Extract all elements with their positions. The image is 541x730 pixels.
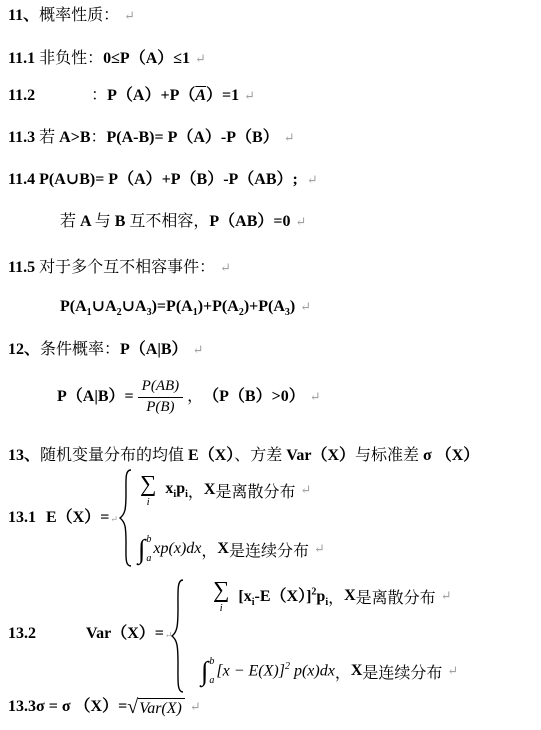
colon: ：	[91, 87, 107, 104]
formula: ∪A	[122, 298, 147, 315]
formula: σ = σ （X）=	[36, 697, 127, 717]
chinese-text: 对于多个互不相容事件：	[39, 259, 215, 276]
chinese-text: 是连续分布	[229, 538, 309, 561]
chinese-text: 与	[95, 213, 111, 230]
formula: )+P(A	[244, 298, 285, 315]
chinese-text: 随机变量分布的均值	[40, 447, 184, 464]
paragraph-mark: ↵	[441, 588, 452, 604]
colon: ：	[90, 129, 106, 146]
item-11-3: 11.3 若 A>B：P(A-B)= P（A）-P（B）↵	[8, 128, 295, 148]
item-11-4-note: 若 A 与 B 互不相容，P（AB）=0↵	[60, 212, 306, 232]
paragraph-mark: ↵	[124, 8, 135, 23]
formula: P(A∪B)= P（A）+P（B）-P（AB）;	[39, 171, 302, 188]
chinese-text: 是离散分布	[215, 479, 295, 502]
paragraph-mark: ↵	[314, 541, 325, 557]
formula: xipi	[165, 480, 187, 500]
formula: P(A-B)= P（A）-P（B）	[107, 129, 279, 146]
item-number: 11.1	[8, 50, 39, 67]
left-brace	[170, 578, 186, 694]
equation-13-2: 13.2Var（X）=↵ ∑i [xi-E（X）]2pi ， X 是离散分布 ↵…	[8, 576, 538, 698]
continuous-case: ∫ba xp(x)dx ， X 是连续分布 ↵	[138, 534, 325, 564]
formula: [x − E(X)]2 p(x)dx	[216, 661, 334, 680]
discrete-case: ∑i xipi ， X 是离散分布 ↵	[140, 472, 311, 508]
paragraph-mark: ↵	[310, 387, 321, 407]
item-number: 13.2	[8, 625, 36, 642]
paragraph-mark: ↵	[220, 260, 231, 275]
integral-limits: ba	[146, 534, 151, 564]
lower-limit: a	[209, 675, 214, 686]
item-number: 11.3	[8, 129, 39, 146]
paragraph-mark: ↵	[190, 697, 201, 717]
chinese-text: 是连续分布	[362, 660, 442, 683]
fraction: P(AB)P(B)	[138, 378, 183, 416]
formula: P（A|B）=	[57, 387, 134, 407]
formula: ∪A	[92, 298, 117, 315]
equation-lhs: 13.2Var（X）=↵	[8, 624, 172, 645]
item-11-1: 11.1 非负性：0≤P（A）≤1↵	[8, 49, 206, 69]
item-number: 11.4	[8, 171, 39, 188]
chinese-text: 是离散分布	[356, 585, 436, 608]
comma: ，	[201, 538, 217, 561]
formula: X	[351, 662, 363, 680]
integral-symbol: ∫ba	[201, 656, 214, 686]
discrete-case: ∑i [xi-E（X）]2pi ， X 是离散分布 ↵	[213, 578, 452, 614]
chinese-text: 互不相容，	[129, 213, 209, 230]
upper-limit: b	[146, 534, 151, 545]
formula: )=P(A	[152, 298, 193, 315]
formula: A>B	[55, 129, 90, 146]
formula: B	[111, 213, 130, 230]
denominator: P(B)	[138, 398, 183, 416]
paragraph-mark: ↵	[296, 214, 307, 229]
left-brace	[118, 468, 134, 568]
anchor-mark: ↵	[110, 514, 118, 524]
conditional-probability-formula: P（A|B）= P(AB)P(B) ， （P（B）>0） ↵	[57, 374, 321, 420]
item-13-3: 13.3 σ = σ （X）= √Var(X) ↵	[8, 697, 201, 718]
comma: ，	[335, 660, 351, 683]
equation-lhs: 13.1E（X）=↵	[8, 508, 118, 529]
formula: [xi-E（X）]2pi	[238, 583, 328, 608]
item-number: 12、	[8, 341, 40, 358]
item-number: 13.1	[8, 509, 36, 526]
formula: A	[76, 213, 95, 230]
formula: E（X）	[184, 447, 234, 464]
sum-symbol: ∑i	[140, 472, 156, 508]
chinese-text: 条件概率：	[40, 341, 120, 358]
sum-index: i	[220, 603, 223, 614]
formula: 0≤P（A）≤1	[103, 50, 190, 67]
paragraph-mark: ↵	[307, 172, 318, 187]
paragraph-mark: ↵	[300, 482, 311, 498]
heading-13: 13、随机变量分布的均值 E（X）、方差 Var（X）与标准差 σ （X）	[8, 446, 479, 466]
item-number: 13.3	[8, 697, 36, 717]
item-number: 13、	[8, 447, 40, 464]
formula: Var（X）=	[86, 625, 164, 642]
radical-sign: √	[127, 697, 138, 717]
integral-glyph: ∫	[138, 536, 145, 563]
heading-12: 12、条件概率：P（A|B）↵	[8, 340, 203, 360]
chinese-text: 与标准差	[355, 447, 419, 464]
chinese-text: 若	[39, 129, 55, 146]
item-11-5-formula: P(A1∪A2∪A3)=P(A1)+P(A2)+P(A3)↵	[60, 297, 311, 323]
paragraph-mark: ↵	[447, 663, 458, 679]
square-root: √Var(X)	[127, 697, 185, 718]
paragraph-mark: ↵	[244, 88, 255, 103]
item-11-4: 11.4 P(A∪B)= P（A）+P（B）-P（AB）; ↵	[8, 170, 318, 190]
formula: X	[204, 481, 216, 499]
continuous-case: ∫ba [x − E(X)]2 p(x)dx ， X 是连续分布 ↵	[201, 656, 458, 686]
sigma: ∑	[140, 472, 156, 495]
formula: ）=1	[206, 87, 239, 104]
a-complement: A	[195, 87, 206, 104]
formula: X	[217, 540, 229, 558]
integral-glyph: ∫	[201, 658, 208, 685]
chinese-text: 、方差	[234, 447, 282, 464]
formula: （P（B）>0）	[203, 387, 305, 407]
formula: X	[344, 587, 356, 605]
formula: P（AB）=0	[209, 213, 290, 230]
document-page: 11、概率性质：↵ 11.1 非负性：0≤P（A）≤1↵ 11.2：P（A）+P…	[0, 0, 541, 730]
paragraph-mark: ↵	[195, 51, 206, 66]
item-number: 11.5	[8, 259, 39, 276]
heading-text: 概率性质：	[39, 7, 119, 24]
formula: xp(x)dx	[153, 540, 201, 558]
formula: σ （X）	[419, 447, 479, 464]
equation-13-1: 13.1E（X）=↵ ∑i xipi ， X 是离散分布 ↵ ∫ba xp(x)…	[8, 468, 538, 576]
formula: P（A|B）	[120, 341, 188, 358]
formula: E（X）=	[46, 509, 109, 526]
radicand: Var(X)	[138, 698, 185, 718]
formula: )	[290, 298, 295, 315]
formula: )+P(A	[198, 298, 239, 315]
paragraph-mark: ↵	[193, 342, 204, 357]
comma: ，	[187, 387, 203, 407]
item-11-2: 11.2：P（A）+P（A）=1↵	[8, 86, 255, 106]
paragraph-mark: ↵	[284, 130, 295, 145]
item-11-5: 11.5 对于多个互不相容事件：↵	[8, 258, 231, 278]
formula: P(A	[60, 298, 87, 315]
integral-limits: ba	[209, 656, 214, 686]
item-number: 11、	[8, 7, 39, 24]
numerator: P(AB)	[138, 378, 183, 397]
upper-limit: b	[209, 656, 214, 667]
formula: Var（X）	[282, 447, 355, 464]
comma: ，	[328, 585, 344, 608]
comma: ，	[188, 479, 204, 502]
paragraph-mark: ↵	[300, 299, 311, 314]
heading-11: 11、概率性质：↵	[8, 6, 135, 26]
sigma: ∑	[213, 578, 229, 601]
sum-symbol: ∑i	[213, 578, 229, 614]
integral-symbol: ∫ba	[138, 534, 151, 564]
chinese-text: 非负性：	[39, 50, 103, 67]
item-number: 11.2	[8, 87, 35, 104]
sum-index: i	[147, 497, 150, 508]
lower-limit: a	[146, 553, 151, 564]
formula: P（A）+P（	[107, 87, 195, 104]
chinese-text: 若	[60, 213, 76, 230]
